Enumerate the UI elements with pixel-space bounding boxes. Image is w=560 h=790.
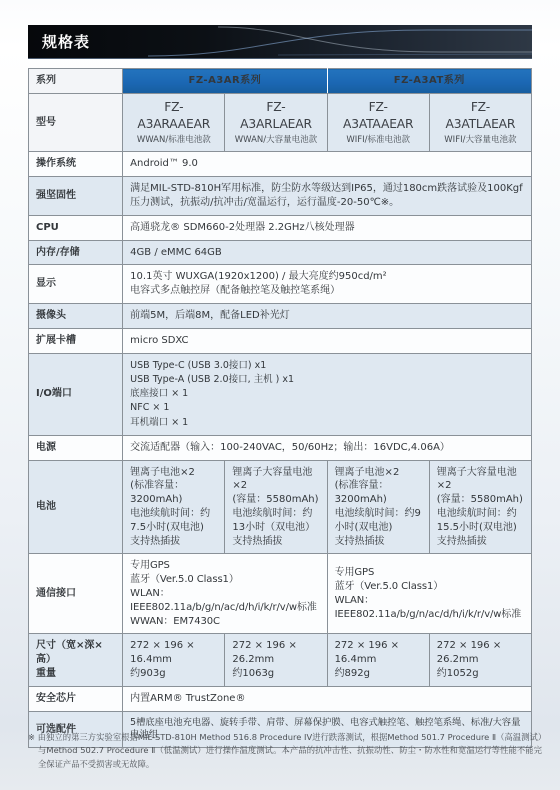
series-group-fz-a3at: FZ-A3AT系列 xyxy=(327,69,531,94)
row-label-model: 型号 xyxy=(29,93,123,152)
comm-cell-wwan: 专用GPS 蓝牙（Ver.5.0 Class1） WLAN：IEEE802.11… xyxy=(123,554,327,634)
slot-value: micro SDXC xyxy=(123,328,532,353)
camera-value: 前端5M，后端8M，配备LED补光灯 xyxy=(123,304,532,329)
dims-cell-3: 272 × 196 × 16.4mm 约892g xyxy=(327,634,429,686)
row-label-battery: 电池 xyxy=(29,460,123,554)
spec-table: 系列 FZ-A3AR系列 FZ-A3AT系列 型号 FZ-A3ARAAEAR W… xyxy=(28,68,532,748)
spec-row-camera: 摄像头 前端5M，后端8M，配备LED补光灯 xyxy=(29,304,532,329)
row-label-camera: 摄像头 xyxy=(29,304,123,329)
row-label-cpu: CPU xyxy=(29,215,123,240)
dims-cell-2: 272 × 196 × 26.2mm 约1063g xyxy=(225,634,327,686)
os-value: Android™ 9.0 xyxy=(123,152,532,177)
model-cell-1: FZ-A3ARAAEAR WWAN/标准电池款 xyxy=(123,93,225,152)
model-variant: WIFI/大容量电池款 xyxy=(437,135,524,147)
spec-row-slot: 扩展卡槽 micro SDXC xyxy=(29,328,532,353)
io-value: USB Type-C (USB 3.0接口) x1 USB Type-A (US… xyxy=(123,353,532,435)
dims-cell-4: 272 × 196 × 26.2mm 约1052g xyxy=(429,634,531,686)
row-label-rugged: 强坚固性 xyxy=(29,177,123,216)
model-cell-3: FZ-A3ATAAEAR WIFI/标准电池款 xyxy=(327,93,429,152)
model-variant: WWAN/标准电池款 xyxy=(130,135,217,147)
spec-row-security: 安全芯片 内置ARM® TrustZone® xyxy=(29,686,532,711)
spec-row-dims: 尺寸（宽×深×高） 重量 272 × 196 × 16.4mm 约903g 27… xyxy=(29,634,532,686)
row-label-display: 显示 xyxy=(29,265,123,304)
spec-row-power: 电源 交流适配器（输入：100-240VAC，50/60Hz；输出：16VDC,… xyxy=(29,435,532,460)
model-name: FZ-A3ARLAEAR xyxy=(232,99,319,133)
spec-row-model: 型号 FZ-A3ARAAEAR WWAN/标准电池款 FZ-A3ARLAEAR … xyxy=(29,93,532,152)
row-label-comm: 通信接口 xyxy=(29,554,123,634)
row-label-io: I/O端口 xyxy=(29,353,123,435)
row-label-series: 系列 xyxy=(29,69,123,94)
rugged-value: 满足MIL-STD-810H军用标准，防尘防水等级达到IP65，通过180cm跌… xyxy=(123,177,532,216)
battery-cell-3: 锂离子电池×2 (标准容量：3200mAh) 电池续航时间：约9小时(双电池) … xyxy=(327,460,429,554)
spec-row-cpu: CPU 高通骁龙® SDM660-2处理器 2.2GHz八核处理器 xyxy=(29,215,532,240)
battery-cell-1: 锂离子电池×2 (标准容量：3200mAh) 电池续航时间：约7.5小时(双电池… xyxy=(123,460,225,554)
spec-row-os: 操作系统 Android™ 9.0 xyxy=(29,152,532,177)
page-title: 规格表 xyxy=(28,31,90,52)
dims-cell-1: 272 × 196 × 16.4mm 约903g xyxy=(123,634,225,686)
comm-cell-wifi: 专用GPS 蓝牙（Ver.5.0 Class1） WLAN：IEEE802.11… xyxy=(327,554,531,634)
spec-row-rugged: 强坚固性 满足MIL-STD-810H军用标准，防尘防水等级达到IP65，通过1… xyxy=(29,177,532,216)
security-value: 内置ARM® TrustZone® xyxy=(123,686,532,711)
spec-row-io: I/O端口 USB Type-C (USB 3.0接口) x1 USB Type… xyxy=(29,353,532,435)
cpu-value: 高通骁龙® SDM660-2处理器 2.2GHz八核处理器 xyxy=(123,215,532,240)
page-title-bar: 规格表 xyxy=(28,25,532,59)
battery-cell-4: 锂离子大容量电池×2 (容量：5580mAh) 电池续航时间：约15.5小时(双… xyxy=(429,460,531,554)
row-label-os: 操作系统 xyxy=(29,152,123,177)
memory-value: 4GB / eMMC 64GB xyxy=(123,240,532,265)
model-variant: WIFI/标准电池款 xyxy=(335,135,422,147)
row-label-memory: 内存/存储 xyxy=(29,240,123,265)
model-cell-4: FZ-A3ATLAEAR WIFI/大容量电池款 xyxy=(429,93,531,152)
row-label-dims: 尺寸（宽×深×高） 重量 xyxy=(29,634,123,686)
decorative-swoosh xyxy=(28,25,532,58)
spec-row-memory: 内存/存储 4GB / eMMC 64GB xyxy=(29,240,532,265)
model-cell-2: FZ-A3ARLAEAR WWAN/大容量电池款 xyxy=(225,93,327,152)
row-label-security: 安全芯片 xyxy=(29,686,123,711)
spec-row-display: 显示 10.1英寸 WUXGA(1920x1200) / 最大亮度约950cd/… xyxy=(29,265,532,304)
row-label-slot: 扩展卡槽 xyxy=(29,328,123,353)
model-name: FZ-A3ATLAEAR xyxy=(437,99,524,133)
spec-row-series: 系列 FZ-A3AR系列 FZ-A3AT系列 xyxy=(29,69,532,94)
model-name: FZ-A3ATAAEAR xyxy=(335,99,422,133)
model-variant: WWAN/大容量电池款 xyxy=(232,135,319,147)
battery-cell-2: 锂离子大容量电池×2 (容量：5580mAh) 电池续航时间：约13小时（双电池… xyxy=(225,460,327,554)
model-name: FZ-A3ARAAEAR xyxy=(130,99,217,133)
row-label-power: 电源 xyxy=(29,435,123,460)
series-group-fz-a3ar: FZ-A3AR系列 xyxy=(123,69,327,94)
spec-row-battery: 电池 锂离子电池×2 (标准容量：3200mAh) 电池续航时间：约7.5小时(… xyxy=(29,460,532,554)
footnote: ※ 由独立的第三方实验室根据MIL-STD-810H Method 516.8 … xyxy=(28,731,542,771)
power-value: 交流适配器（输入：100-240VAC，50/60Hz；输出：16VDC,4.0… xyxy=(123,435,532,460)
display-value: 10.1英寸 WUXGA(1920x1200) / 最大亮度约950cd/m² … xyxy=(123,265,532,304)
spec-row-comm: 通信接口 专用GPS 蓝牙（Ver.5.0 Class1） WLAN：IEEE8… xyxy=(29,554,532,634)
